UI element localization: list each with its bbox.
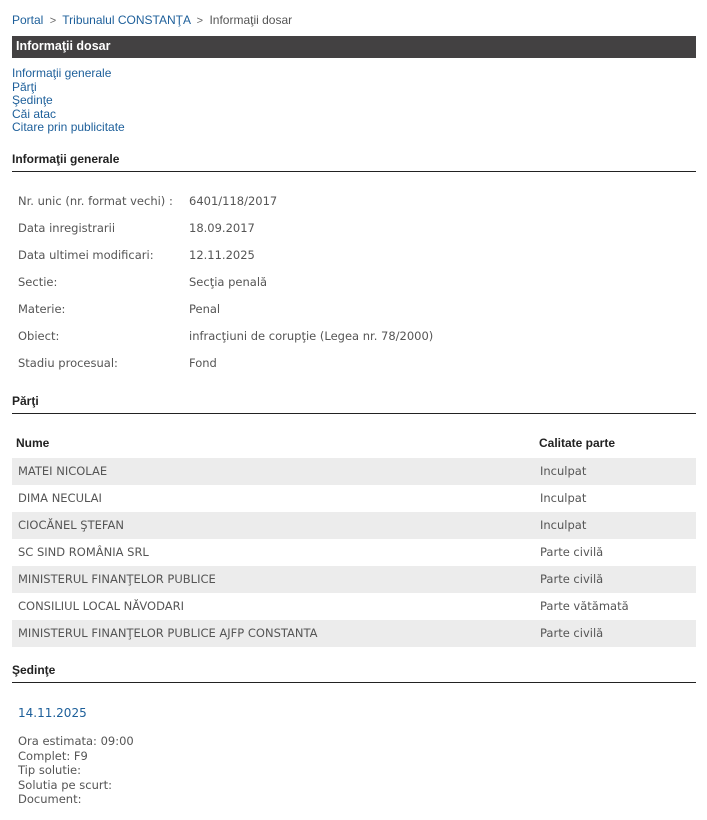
toc-link-parti[interactable]: Părţi (12, 81, 125, 95)
breadcrumb-separator: > (50, 15, 56, 27)
toc-link-sedinte[interactable]: Şedinţe (12, 94, 125, 108)
table-row: MATEI NICOLAEInculpat (12, 458, 696, 485)
party-name: DIMA NECULAI (18, 491, 102, 505)
party-role: Inculpat (540, 464, 586, 478)
sedinta-detail-line: Complet: F9 (18, 749, 134, 764)
breadcrumb-portal[interactable]: Portal (12, 13, 43, 27)
breadcrumb: Portal > Tribunalul CONSTANŢA > Informaţ… (12, 13, 292, 27)
sedinta-date: 14.11.2025 (18, 706, 87, 720)
info-row: Obiect:infracţiuni de corupţie (Legea nr… (18, 329, 433, 356)
info-row: Sectie:Secţia penală (18, 275, 433, 302)
info-value: 12.11.2025 (189, 248, 255, 275)
info-label: Data ultimei modificari: (18, 248, 189, 275)
party-name: MATEI NICOLAE (18, 464, 107, 478)
breadcrumb-separator: > (197, 15, 203, 27)
info-value: 18.09.2017 (189, 221, 255, 248)
table-row: SC SIND ROMÂNIA SRLParte civilă (12, 539, 696, 566)
toc-link-cai-atac[interactable]: Căi atac (12, 108, 125, 122)
party-role: Parte civilă (540, 572, 603, 586)
info-label: Data inregistrarii (18, 221, 189, 248)
info-row: Stadiu procesual:Fond (18, 356, 433, 383)
sedinta-detail-line: Ora estimata: 09:00 (18, 734, 134, 749)
breadcrumb-tribunal[interactable]: Tribunalul CONSTANŢA (62, 13, 190, 27)
table-row: CIOCĂNEL ŞTEFANInculpat (12, 512, 696, 539)
page-title: Informaţii dosar (12, 36, 696, 58)
parti-table-header: Nume Calitate parte (12, 436, 696, 456)
table-row: CONSILIUL LOCAL NĂVODARIParte vătămată (12, 593, 696, 620)
section-heading-parti: Părţi (12, 394, 696, 414)
info-label: Stadiu procesual: (18, 356, 189, 383)
info-value: Secţia penală (189, 275, 267, 302)
sedinta-detail-line: Document: (18, 792, 134, 807)
party-role: Inculpat (540, 491, 586, 505)
info-row: Nr. unic (nr. format vechi) :6401/118/20… (18, 194, 433, 221)
party-role: Parte civilă (540, 545, 603, 559)
column-header-calitate: Calitate parte (539, 436, 615, 450)
table-row: MINISTERUL FINANŢELOR PUBLICE AJFP CONST… (12, 620, 696, 647)
sedinta-detail-line: Solutia pe scurt: (18, 778, 134, 793)
table-of-contents: Informaţii generale Părţi Şedinţe Căi at… (12, 67, 125, 135)
section-heading-informatii-generale: Informaţii generale (12, 152, 696, 172)
party-role: Parte vătămată (540, 599, 629, 613)
toc-link-informatii-generale[interactable]: Informaţii generale (12, 67, 125, 81)
party-role: Parte civilă (540, 626, 603, 640)
info-label: Materie: (18, 302, 189, 329)
info-label: Sectie: (18, 275, 189, 302)
info-value: 6401/118/2017 (189, 194, 277, 221)
info-label: Nr. unic (nr. format vechi) : (18, 194, 189, 221)
breadcrumb-current: Informaţii dosar (209, 13, 292, 27)
parti-table-body: MATEI NICOLAEInculpatDIMA NECULAIInculpa… (12, 458, 696, 647)
column-header-nume: Nume (16, 436, 49, 450)
section-heading-sedinte: Şedinţe (12, 663, 696, 683)
party-role: Inculpat (540, 518, 586, 532)
sedinta-details: Ora estimata: 09:00Complet: F9Tip soluti… (18, 734, 134, 807)
info-value: Fond (189, 356, 217, 383)
info-value: Penal (189, 302, 220, 329)
general-info-table: Nr. unic (nr. format vechi) :6401/118/20… (18, 194, 433, 383)
table-row: DIMA NECULAIInculpat (12, 485, 696, 512)
party-name: MINISTERUL FINANŢELOR PUBLICE (18, 572, 216, 586)
info-label: Obiect: (18, 329, 189, 356)
party-name: CONSILIUL LOCAL NĂVODARI (18, 599, 184, 613)
party-name: MINISTERUL FINANŢELOR PUBLICE AJFP CONST… (18, 626, 317, 640)
info-value: infracţiuni de corupţie (Legea nr. 78/20… (189, 329, 433, 356)
party-name: SC SIND ROMÂNIA SRL (18, 545, 149, 559)
table-row: MINISTERUL FINANŢELOR PUBLICEParte civil… (12, 566, 696, 593)
toc-link-citare-publicitate[interactable]: Citare prin publicitate (12, 121, 125, 135)
party-name: CIOCĂNEL ŞTEFAN (18, 518, 124, 532)
sedinta-detail-line: Tip solutie: (18, 763, 134, 778)
info-row: Data ultimei modificari:12.11.2025 (18, 248, 433, 275)
info-row: Materie:Penal (18, 302, 433, 329)
info-row: Data inregistrarii18.09.2017 (18, 221, 433, 248)
